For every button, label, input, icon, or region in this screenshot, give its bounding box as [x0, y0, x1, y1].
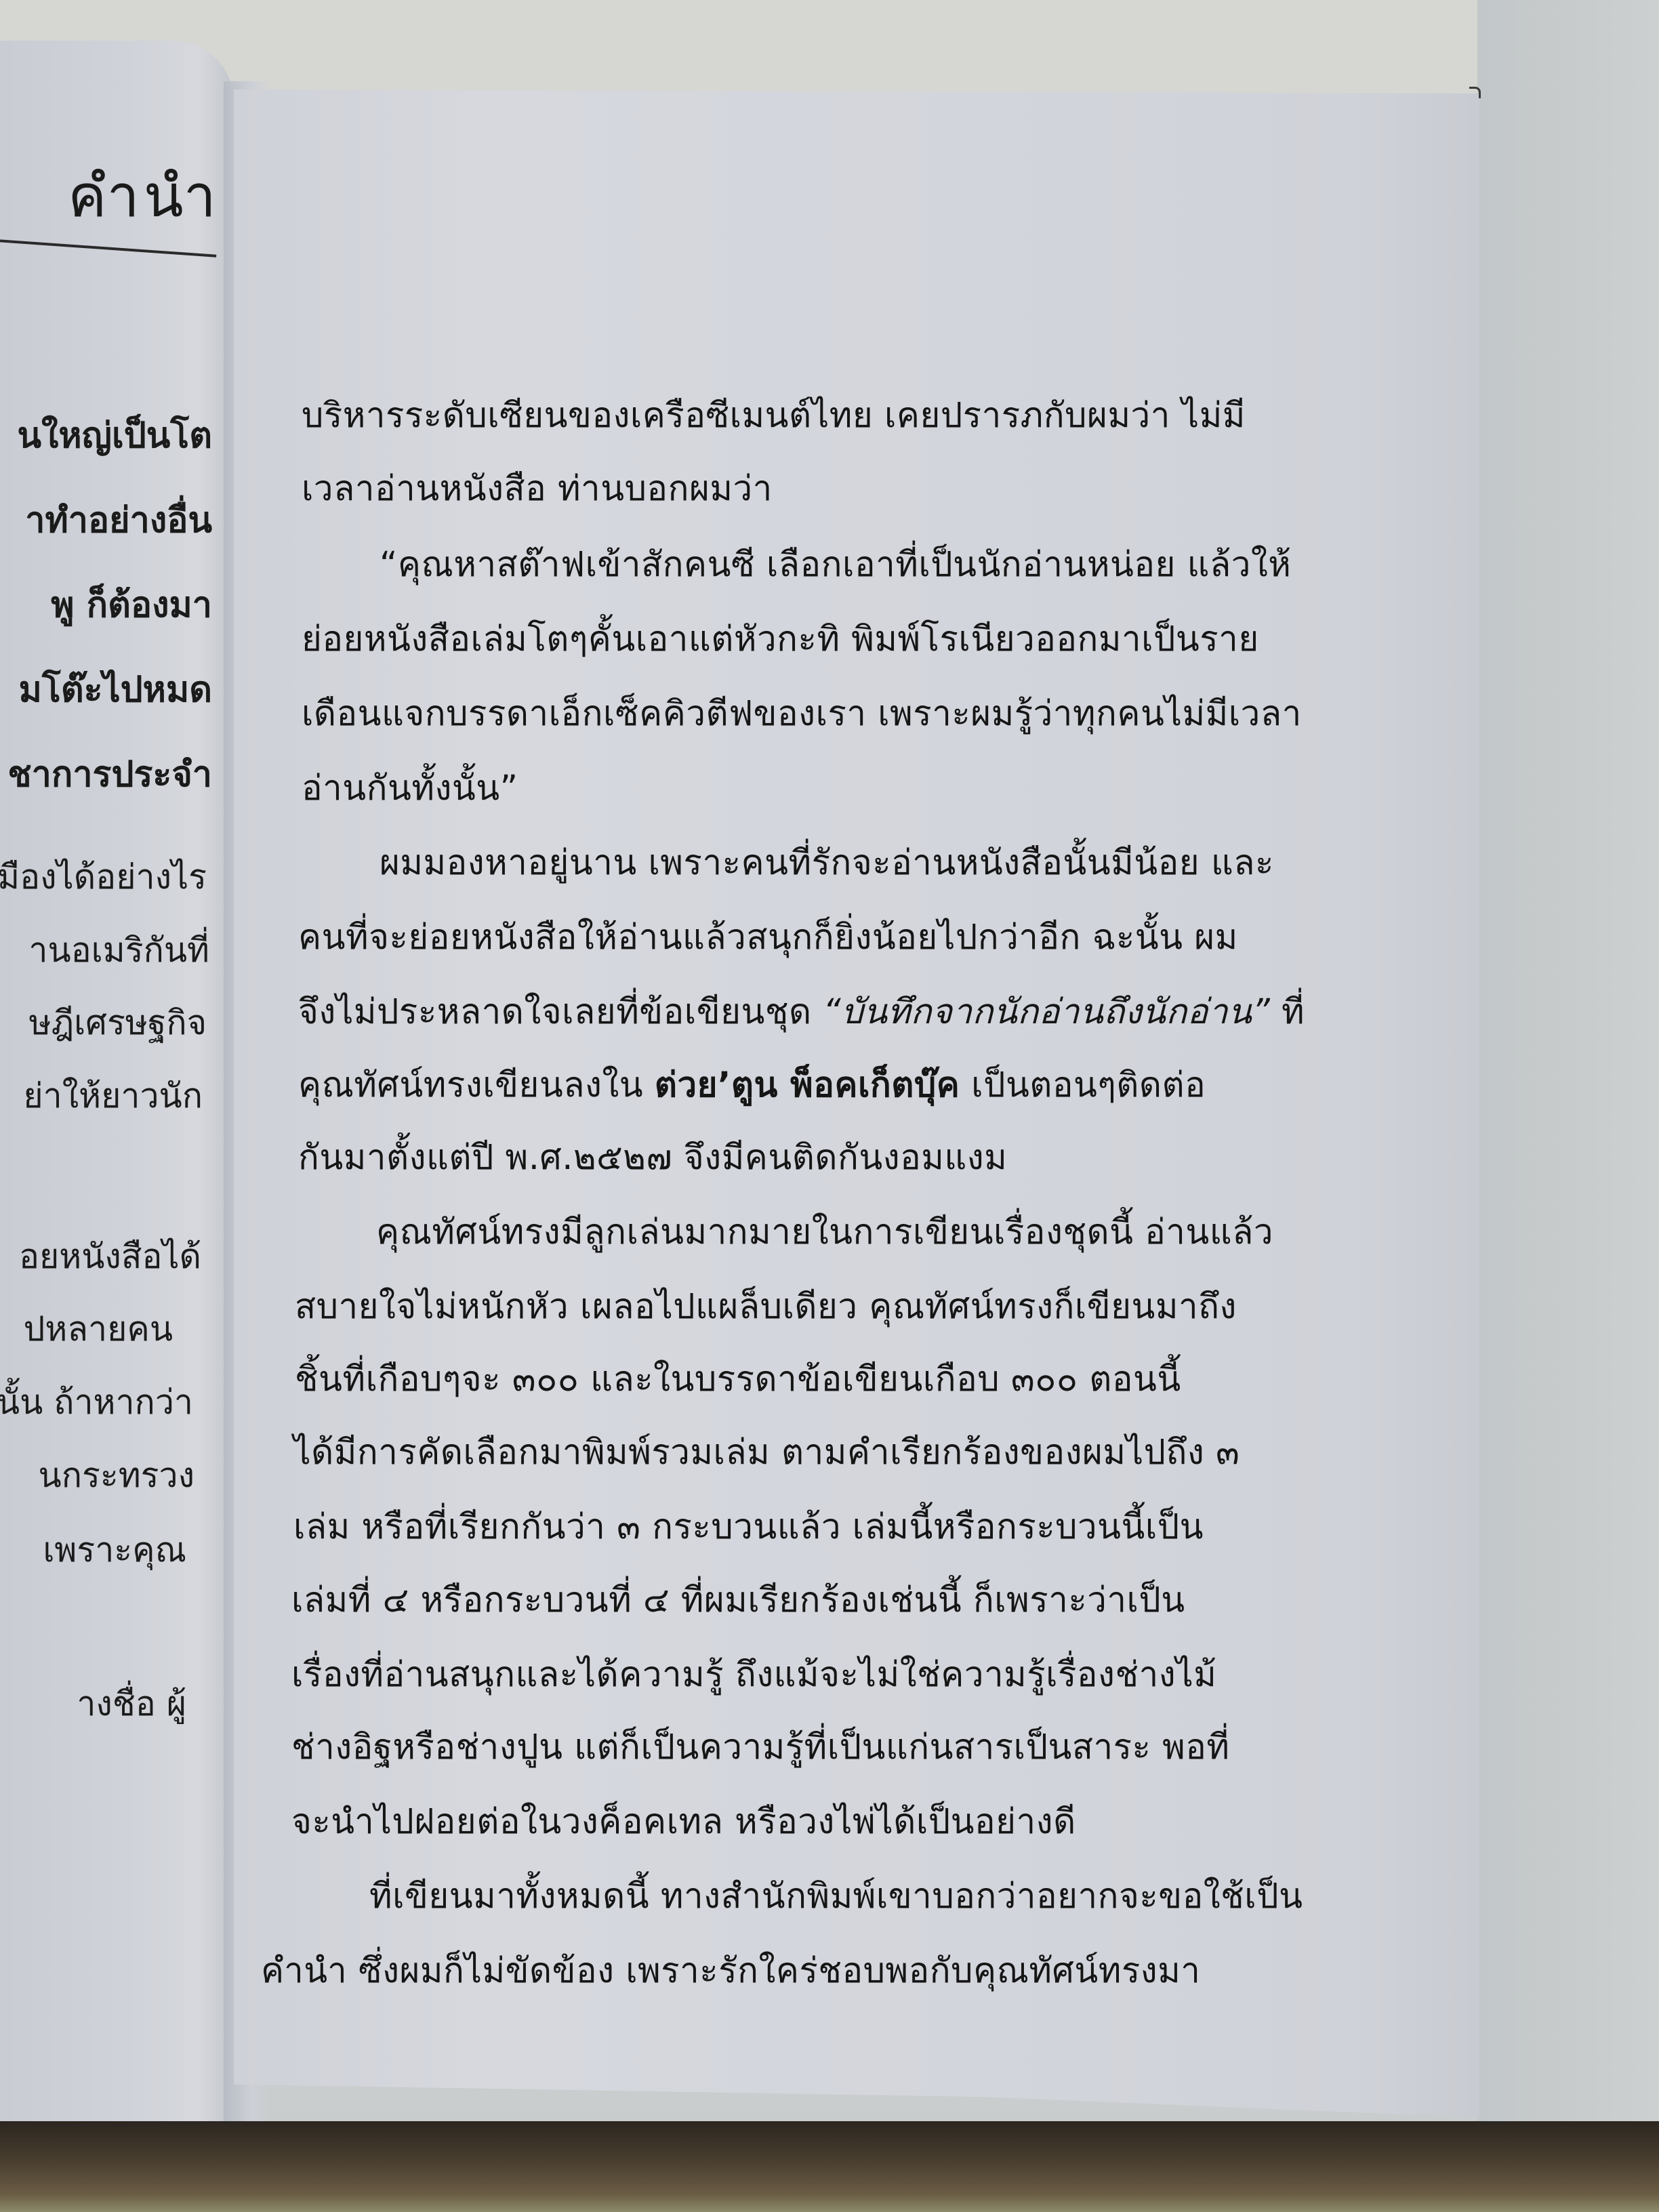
body-line: อ่านกันทั้งนั้น” [302, 760, 518, 815]
body-line: “คุณหาสต๊าฟเข้าสักคนซี เลือกเอาที่เป็นนั… [380, 537, 1291, 592]
left-page-line: พู ก็ต้องมา [51, 576, 212, 632]
left-page-line: ย่าให้ยาวนัก [23, 1069, 203, 1123]
body-line: ที่เขียนมาทั้งหมดนี้ ทางสำนักพิมพ์เขาบอก… [369, 1868, 1303, 1923]
left-page-line: าทำอย่างอื่น [25, 491, 212, 548]
body-line: เล่ม หรือที่เรียกกันว่า ๓ กระบวนแล้ว เล่… [293, 1499, 1204, 1554]
body-line: จะนำไปฝอยต่อในวงค็อคเทล หรือวงไพ่ได้เป็น… [291, 1794, 1076, 1849]
body-line: ชิ้นที่เกือบๆจะ ๓๐๐ และในบรรดาข้อเขียนเก… [295, 1351, 1181, 1406]
body-line: คุณทัศน์ทรงมีลูกเล่นมากมายในการเขียนเรื่… [376, 1204, 1273, 1259]
right-page: บริหารระดับเซียนของเครือซีเมนต์ไทย เคยปร… [234, 89, 1479, 2163]
body-line-text: จึงไม่ประหลาดใจเลยที่ข้อเขียนชุด [298, 992, 823, 1032]
body-line: ได้มีการคัดเลือกมาพิมพ์รวมเล่ม ตามคำเรีย… [293, 1425, 1240, 1479]
body-line: เวลาอ่านหนังสือ ท่านบอกผมว่า [302, 461, 773, 516]
left-page-line: ปหลายคน [24, 1303, 173, 1356]
page-corner [1469, 87, 1481, 98]
left-page-line: นใหญ่เป็นโต [17, 407, 212, 463]
left-page-line: านอเมริกันที่ [28, 924, 209, 977]
body-line: ย่อยหนังสือเล่มโตๆคั้นเอาแต่หัวกะทิ พิมพ… [302, 611, 1259, 666]
series-title: “บันทึกจากนักอ่านถึงนักอ่าน” [823, 992, 1270, 1032]
left-page-line: มโต๊ะไปหมด [19, 661, 212, 717]
body-line: คนที่จะย่อยหนังสือให้อ่านแล้วสนุกก็ยิ่งน… [298, 909, 1238, 964]
left-page-line: ชาการประจำ [7, 745, 212, 802]
page-body: บริหารระดับเซียนของเครือซีเมนต์ไทย เคยปร… [234, 89, 1479, 2163]
body-line: สบายใจไม่หนักหัว เผลอไปแผล็บเดียว คุณทัศ… [295, 1279, 1237, 1334]
body-line-text: ที่ [1270, 992, 1305, 1032]
body-line: บริหารระดับเซียนของเครือซีเมนต์ไทย เคยปร… [302, 388, 1246, 443]
body-line-text: คุณทัศน์ทรงเขียนลงใน [298, 1065, 655, 1105]
body-line: ผมมองหาอยู่นาน เพราะคนที่รักจะอ่านหนังสื… [380, 835, 1274, 890]
body-line: กันมาตั้งแต่ปี พ.ศ.๒๕๒๗ จึงมีคนติดกันงอม… [298, 1130, 1007, 1185]
body-line: จึงไม่ประหลาดใจเลยที่ข้อเขียนชุด “บันทึก… [298, 984, 1305, 1039]
table-surface [0, 2121, 1659, 2212]
body-line: คำนำ ซึ่งผมก็ไม่ขัดข้อง เพราะรักใคร่ชอบพ… [261, 1943, 1200, 1998]
magazine-name: ต่วย’ตูน พ็อคเก็ตบุ๊ค [655, 1065, 960, 1105]
left-page: คำนำ นใหญ่เป็นโต าทำอย่างอื่น พู ก็ต้องม… [0, 41, 234, 2169]
left-page-line: ษฎีเศรษฐกิจ [29, 996, 207, 1050]
body-line: ช่างอิฐหรือช่างปูน แต่ก็เป็นความรู้ที่เป… [291, 1719, 1229, 1774]
left-page-line: เพราะคุณ [43, 1523, 186, 1577]
left-page-line: างชื่อ ผู้ [77, 1677, 186, 1731]
body-line: เล่มที่ ๔ หรือกระบวนที่ ๔ ที่ผมเรียกร้อง… [291, 1572, 1185, 1627]
left-page-line: อยหนังสือได้ [19, 1230, 201, 1284]
body-line: เดือนแจกบรรดาเอ็กเซ็คคิวตีฟของเรา เพราะผ… [302, 686, 1302, 741]
left-page-line: มืองได้อย่างไร [0, 851, 207, 904]
left-page-line: นั้น ถ้าหากว่า [0, 1376, 193, 1429]
body-line: เรื่องที่อ่านสนุกและได้ความรู้ ถึงแม้จะไ… [291, 1647, 1216, 1702]
chapter-title: คำนำ [68, 149, 220, 242]
body-line: คุณทัศน์ทรงเขียนลงใน ต่วย’ตูน พ็อคเก็ตบุ… [298, 1057, 1206, 1112]
body-line-text: เป็นตอนๆติดต่อ [960, 1065, 1206, 1105]
left-page-line: นกระทรวง [39, 1449, 194, 1502]
background-surface [1477, 0, 1659, 2212]
